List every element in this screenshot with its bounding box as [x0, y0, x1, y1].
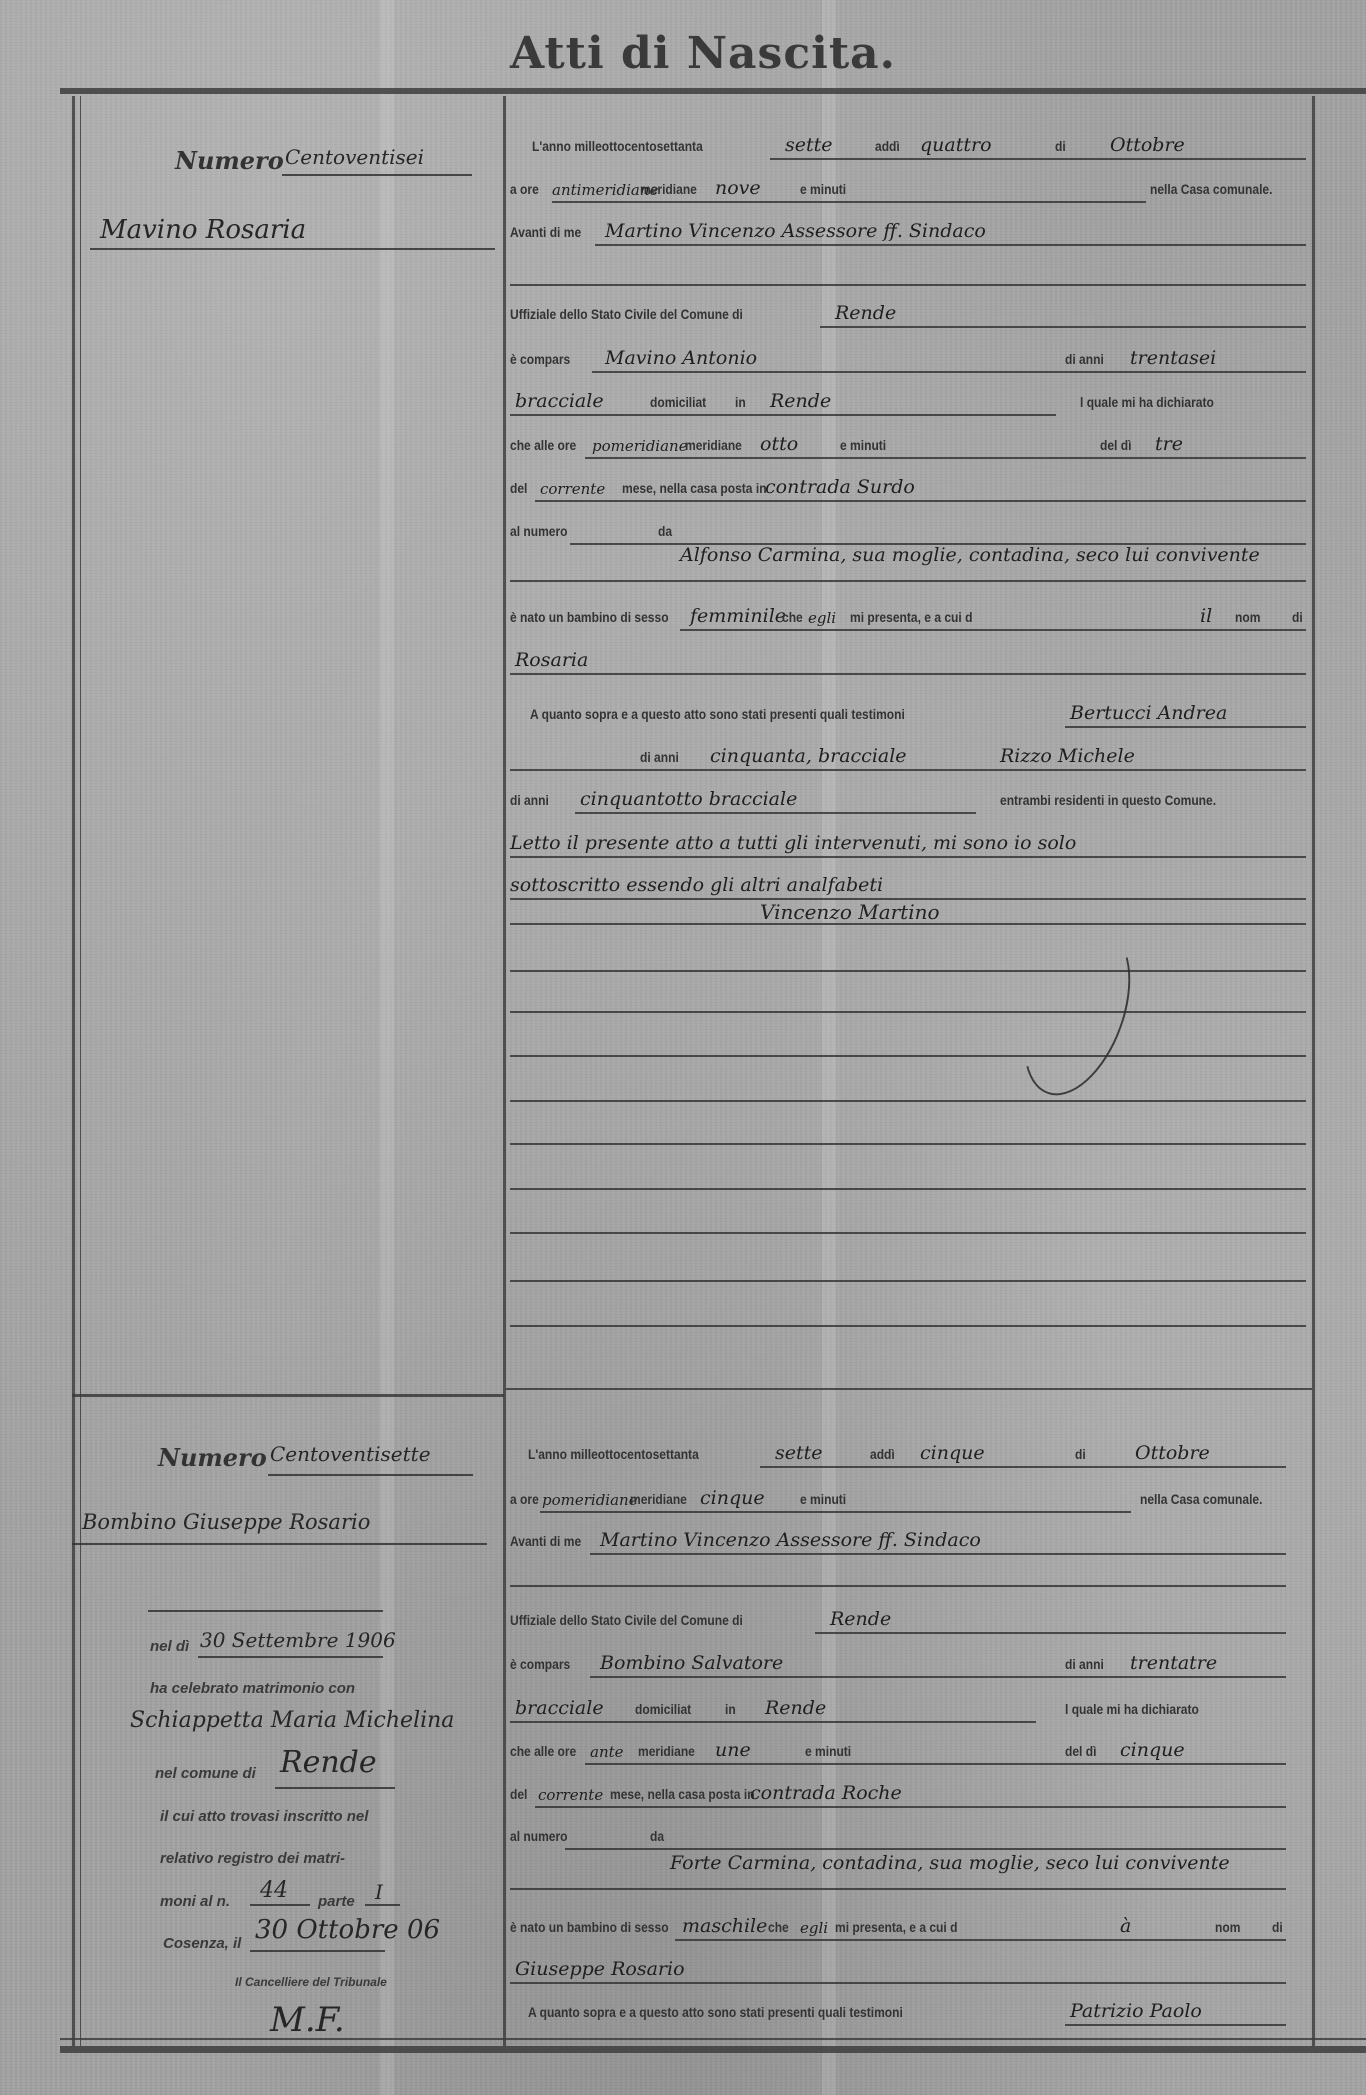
label-meridiane: meridiane [685, 437, 742, 453]
label-che-alle: che alle ore [510, 437, 576, 453]
value-da: Alfonso Carmina, sua moglie, contadina, … [680, 537, 1290, 574]
value-addi: cinque [920, 1442, 985, 1464]
value-del-di: cinque [1120, 1739, 1185, 1761]
blank-line [510, 284, 1306, 286]
form-line-note-1: Letto il presente atto a tutti gli inter… [510, 820, 1306, 858]
label-casa-comunale: nella Casa comunale. [1150, 181, 1272, 197]
value-che-alle: pomeridiane [592, 437, 688, 455]
form-line-note-2: sottoscritto essendo gli altri analfabet… [510, 862, 1306, 900]
label-celebrato: ha celebrato matrimonio con [150, 1680, 355, 1697]
value-note: sottoscritto essendo gli altri analfabet… [510, 874, 883, 896]
record-name: Bombino Giuseppe Rosario [82, 1510, 370, 1534]
underline [540, 1511, 1131, 1513]
value-comparso: Bombino Salvatore [600, 1652, 783, 1674]
underline [770, 158, 1306, 160]
header-rule [60, 88, 1366, 94]
value-sesso: maschile [682, 1915, 767, 1937]
value-egli: egli [800, 1919, 828, 1937]
frame-right-border [1312, 96, 1315, 2046]
blank-line [510, 1011, 1306, 1013]
value-il: il [1200, 605, 1212, 627]
value-testimone-1: Patrizio Paolo [1070, 2000, 1202, 2022]
underline [680, 629, 1306, 631]
value-anni: trentatre [1130, 1652, 1217, 1674]
form-line-declarant: è compars Bombino Salvatore di anni tren… [510, 1640, 1306, 1678]
label-che-alle: che alle ore [510, 1743, 576, 1759]
value-meridiane: cinque [700, 1487, 765, 1509]
value-domicilio: Rende [765, 1697, 826, 1719]
label-anni: di anni [1065, 351, 1104, 367]
underline [760, 1466, 1286, 1468]
value-casa: contrada Roche [750, 1782, 902, 1804]
numero-label: Numero [158, 1443, 267, 1472]
label-cosenza: Cosenza, il [163, 1935, 241, 1952]
underline [510, 856, 1306, 858]
label-minuti: e minuti [800, 1491, 846, 1507]
value-moni: 44 [260, 1878, 288, 1903]
annotation-rule [148, 1610, 383, 1612]
value-month: Ottobre [1135, 1442, 1210, 1464]
form-line-hour: a ore antimeridiane meridiane nove e min… [510, 165, 1306, 203]
value-comune: Rende [830, 1608, 891, 1630]
label-residenti: entrambi residenti in questo Comune. [1000, 792, 1216, 808]
form-line-officer: Avanti di me Martino Vincenzo Assessore … [510, 1517, 1306, 1555]
officer-signature: Vincenzo Martino [760, 900, 940, 924]
fold-mark [380, 0, 394, 2095]
value-comune: Rende [280, 1745, 377, 1780]
underline [585, 1763, 1286, 1765]
label-da: da [658, 523, 672, 539]
form-line-child-name: Giuseppe Rosario [510, 1946, 1306, 1984]
value-cosenza-date: 30 Ottobre 06 [255, 1915, 440, 1945]
label-cancelliere: Il Cancelliere del Tribunale [235, 1975, 387, 1989]
value-month: Ottobre [1110, 134, 1185, 156]
label-ore: a ore [510, 1491, 539, 1507]
record-separator-right [506, 1388, 1312, 1390]
value-parte: I [375, 1880, 383, 1904]
label-nome: nom [1215, 1919, 1240, 1935]
label-testimoni: A quanto sopra e a questo atto sono stat… [530, 706, 905, 722]
underline [510, 1721, 1036, 1723]
form-line-domicile: bracciale domiciliat in Rende l quale mi… [510, 378, 1306, 416]
label-anni: di anni [1065, 1656, 1104, 1672]
label-avanti: Avanti di me [510, 224, 581, 240]
underline [592, 371, 1306, 373]
label-meridiane: meridiane [640, 181, 697, 197]
value-del-di: tre [1155, 433, 1183, 455]
label-del: del [510, 1786, 527, 1802]
label-da: da [650, 1828, 664, 1844]
value-professione: bracciale [515, 1697, 604, 1719]
label-del: del [510, 480, 527, 496]
form-line-year: L'anno milleottocentosettanta sette addì… [510, 122, 1306, 160]
label-nato: è nato un bambino di sesso [510, 609, 669, 625]
label-moni: moni al n. [160, 1893, 230, 1910]
label-domiciliat: domiciliat [650, 394, 706, 410]
underline [510, 673, 1306, 675]
underline [510, 1982, 1286, 1984]
label-del-di: del dì [1065, 1743, 1096, 1759]
label-che: che [782, 609, 803, 625]
value-sesso: femminile [690, 605, 786, 627]
form-line-house: del corrente mese, nella casa posta in c… [510, 464, 1306, 502]
label-al-numero: al numero [510, 523, 568, 539]
form-line-year: L'anno milleottocentosettanta sette addì… [510, 1430, 1306, 1468]
label-nato: è nato un bambino di sesso [510, 1919, 669, 1935]
value-meridiane: une [715, 1739, 751, 1761]
name-underline [90, 248, 495, 250]
value-addi: quattro [920, 134, 992, 156]
underline [585, 457, 1306, 459]
form-line-comune: Uffiziale dello Stato Civile del Comune … [510, 1596, 1306, 1634]
underline [590, 1553, 1286, 1555]
label-atto: il cui atto trovasi inscritto nel [160, 1808, 368, 1825]
underline [198, 1656, 383, 1658]
numero-underline [268, 1474, 473, 1476]
label-comparso: è compars [510, 351, 570, 367]
value-marriage-date: 30 Settembre 1906 [200, 1628, 396, 1652]
label-minuti: e minuti [805, 1743, 851, 1759]
blank-line [510, 923, 1306, 925]
value-avanti: Martino Vincenzo Assessore ff. Sindaco [605, 220, 986, 242]
label-di: di [1055, 138, 1066, 154]
form-line-sex: è nato un bambino di sesso maschile che … [510, 1903, 1306, 1941]
label-anno: L'anno milleottocentosettanta [532, 138, 703, 154]
numero-underline [282, 174, 472, 176]
value-testimone-1: Bertucci Andrea [1070, 702, 1227, 724]
label-addi: addì [875, 138, 900, 154]
value-ore: pomeridiane [542, 1491, 638, 1509]
label-al-numero: al numero [510, 1828, 568, 1844]
underline [675, 1939, 1286, 1941]
blank-line [510, 1280, 1306, 1282]
label-ore: a ore [510, 181, 539, 197]
value-anni: cinquanta, bracciale [710, 745, 907, 767]
label-meridiane: meridiane [630, 1491, 687, 1507]
underline [510, 769, 1306, 771]
label-di: di [1272, 1919, 1283, 1935]
value-anno: sette [775, 1442, 823, 1464]
value-professione: bracciale [515, 390, 604, 412]
label-del-di: del dì [1100, 437, 1131, 453]
underline [510, 1888, 1286, 1890]
underline [815, 1632, 1286, 1634]
form-line-hour: a ore pomeridiane meridiane cinque e min… [510, 1475, 1306, 1513]
value-testimone-2: Rizzo Michele [1000, 745, 1135, 767]
value-comune: Rende [835, 302, 896, 324]
column-divider [503, 96, 506, 2046]
page-title: Atti di Nascita. [0, 28, 1366, 79]
footer-rule-thin [60, 2038, 1366, 2040]
label-ufficiale: Uffiziale dello Stato Civile del Comune … [510, 306, 743, 322]
label-addi: addì [870, 1446, 895, 1462]
cancelliere-signature: M.F. [270, 2000, 345, 2040]
label-mese: mese, nella casa posta in [610, 1786, 755, 1802]
label-comune: nel comune di [155, 1765, 256, 1782]
form-line-domicile: bracciale domiciliat in Rende l quale mi… [510, 1685, 1306, 1723]
value-anni: trentasei [1130, 347, 1216, 369]
label-testimoni: A quanto sopra e a questo atto sono stat… [528, 2004, 903, 2020]
form-line-mother: al numero da Alfonso Carmina, sua moglie… [510, 507, 1306, 582]
value-casa: contrada Surdo [765, 476, 915, 498]
label-domiciliat: domiciliat [635, 1701, 691, 1717]
label-in: in [735, 394, 746, 410]
form-line-declarant: è compars Mavino Antonio di anni trentas… [510, 335, 1306, 373]
label-registro: relativo registro dei matri- [160, 1850, 345, 1867]
form-line-sex: è nato un bambino di sesso femminile che… [510, 593, 1306, 631]
name-underline [72, 1543, 487, 1545]
numero-label: Numero [175, 146, 284, 175]
label-avanti: Avanti di me [510, 1533, 581, 1549]
blank-line [510, 1143, 1306, 1145]
form-line-witnesses: A quanto sopra e a questo atto sono stat… [510, 690, 1306, 728]
blank-line [510, 1100, 1306, 1102]
blank-line [510, 1232, 1306, 1234]
value-domicilio: Rende [770, 390, 831, 412]
value-meridiane: otto [760, 433, 798, 455]
label-di: di [1075, 1446, 1086, 1462]
form-line-residence: di anni cinquantotto bracciale entrambi … [510, 776, 1306, 814]
form-line-mother: al numero da Forte Carmina, contadina, s… [510, 1812, 1306, 1890]
label-quale: l quale mi ha dichiarato [1080, 394, 1214, 410]
label-anni: di anni [640, 749, 679, 765]
label-in: in [725, 1701, 736, 1717]
label-casa-comunale: nella Casa comunale. [1140, 1491, 1262, 1507]
form-line-birth-time: che alle ore ante meridiane une e minuti… [510, 1727, 1306, 1765]
value-avanti: Martino Vincenzo Assessore ff. Sindaco [600, 1529, 981, 1551]
label-nel-di: nel dì [150, 1638, 189, 1655]
value-anno: sette [785, 134, 833, 156]
underline [1065, 2024, 1286, 2026]
value-che-alle: ante [590, 1743, 624, 1761]
underline [590, 1676, 1286, 1678]
value-meridiane: nove [715, 177, 761, 199]
label-comparso: è compars [510, 1656, 570, 1672]
underline [275, 1787, 395, 1789]
form-line-birth-time: che alle ore pomeridiane meridiane otto … [510, 421, 1306, 459]
record-separator-left [72, 1394, 504, 1397]
numero-value: Centoventisei [285, 145, 424, 169]
frame-left-border [72, 96, 75, 2046]
underline [535, 500, 1306, 502]
underline [535, 1806, 1286, 1808]
footer-rule [60, 2046, 1366, 2053]
underline [250, 1950, 385, 1952]
value-child-name: Giuseppe Rosario [515, 1958, 685, 1980]
form-line-witnesses: A quanto sopra e a questo atto sono stat… [510, 1988, 1306, 2026]
value-child-name: Rosaria [515, 649, 588, 671]
blank-line [510, 1585, 1286, 1587]
underline [510, 580, 1306, 582]
value-da: Forte Carmina, contadina, sua moglie, se… [670, 1844, 1270, 1882]
form-line-witness-ages: di anni cinquanta, bracciale Rizzo Miche… [510, 733, 1306, 771]
underline [250, 1904, 310, 1906]
frame-left-inner-border [80, 96, 81, 2046]
label-anni: di anni [510, 792, 549, 808]
underline [510, 414, 1056, 416]
form-line-comune: Uffiziale dello Stato Civile del Comune … [510, 290, 1306, 328]
underline [1065, 726, 1306, 728]
form-line-officer: Avanti di me Martino Vincenzo Assessore … [510, 208, 1306, 246]
label-parte: parte [318, 1893, 355, 1910]
label-minuti: e minuti [800, 181, 846, 197]
form-line-child-name: Rosaria [510, 637, 1306, 675]
value-egli: egli [808, 609, 836, 627]
label-che: che [768, 1919, 789, 1935]
blank-line [510, 1055, 1306, 1057]
record-name: Mavino Rosaria [100, 215, 306, 245]
label-ufficiale: Uffiziale dello Stato Civile del Comune … [510, 1612, 743, 1628]
value-anni: cinquantotto bracciale [580, 788, 797, 810]
value-spouse: Schiappetta Maria Michelina [130, 1708, 454, 1733]
blank-line [510, 970, 1306, 972]
label-quale: l quale mi ha dichiarato [1065, 1701, 1199, 1717]
underline [552, 201, 1146, 203]
numero-value: Centoventisette [270, 1442, 431, 1466]
blank-line [510, 1188, 1306, 1190]
underline [820, 326, 1306, 328]
label-nome: nom [1235, 609, 1260, 625]
label-minuti: e minuti [840, 437, 886, 453]
form-line-house: del corrente mese, nella casa posta in c… [510, 1770, 1306, 1808]
label-di: di [1292, 609, 1303, 625]
underline [595, 244, 1306, 246]
value-del: corrente [540, 480, 605, 498]
underline [365, 1904, 400, 1906]
label-mese: mese, nella casa posta in [622, 480, 767, 496]
blank-line [510, 1325, 1306, 1327]
value-il: à [1120, 1915, 1131, 1937]
label-presenta: mi presenta, e a cui d [835, 1919, 957, 1935]
underline [575, 812, 976, 814]
label-anno: L'anno milleottocentosettanta [528, 1446, 699, 1462]
label-presenta: mi presenta, e a cui d [850, 609, 972, 625]
value-del: corrente [538, 1786, 603, 1804]
value-comparso: Mavino Antonio [605, 347, 757, 369]
label-meridiane: meridiane [638, 1743, 695, 1759]
value-note: Letto il presente atto a tutti gli inter… [510, 832, 1076, 854]
